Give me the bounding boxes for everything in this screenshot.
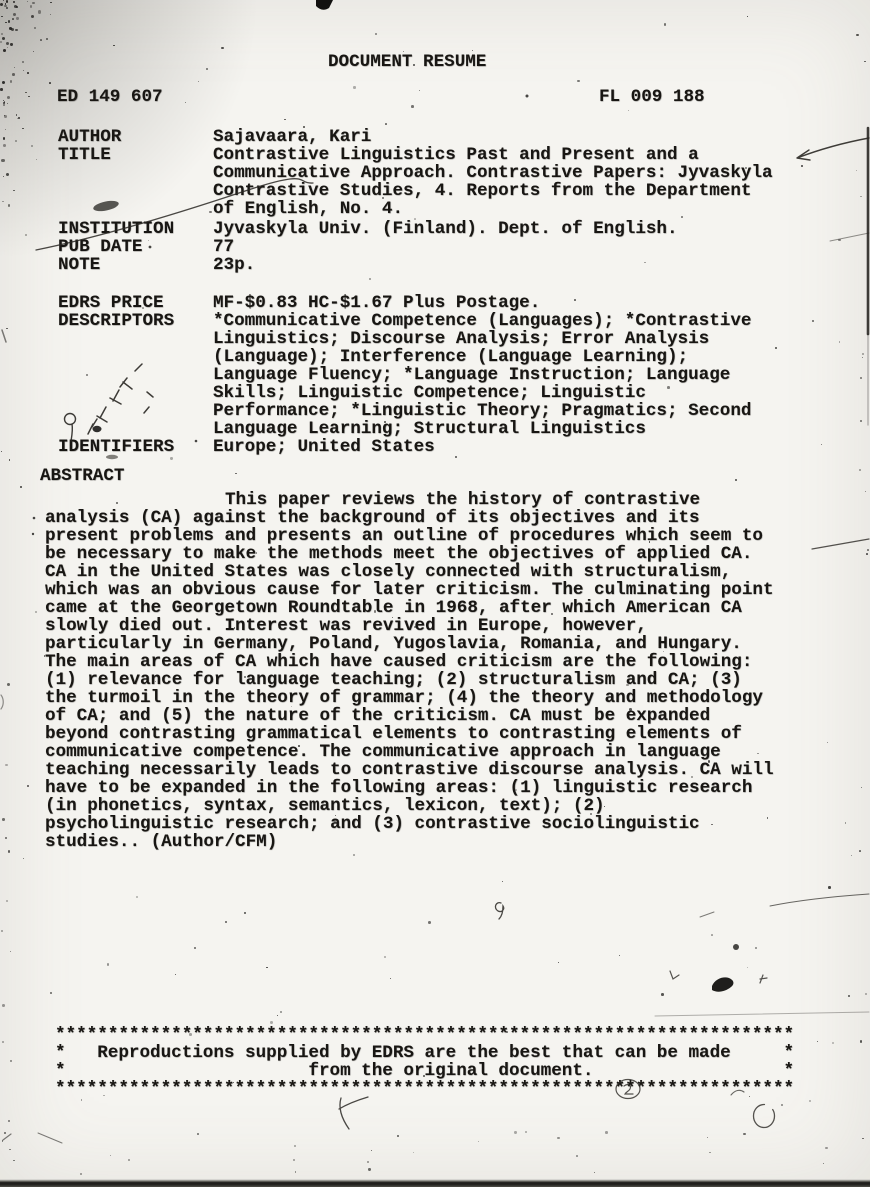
text-line: have to be expanded in the following are… — [45, 779, 774, 797]
text-line: came at the Georgetown Roundtable in 196… — [45, 599, 774, 617]
text-line: 23p. — [213, 256, 255, 274]
circle-pen-mark — [754, 1105, 775, 1128]
text-line: be necessary to make the methods meet th… — [45, 545, 774, 563]
text-line: slowly died out. Interest was revived in… — [45, 617, 774, 635]
edge-mark-left-1 — [2, 330, 6, 342]
text-line: * from the original document. * — [55, 1062, 794, 1080]
field-value: MF-$0.83 HC-$1.67 Plus Postage. — [213, 294, 540, 312]
text-line: Jyvaskyla Univ. (Finland). Dept. of Engl… — [213, 220, 678, 238]
text-line: teaching necessarily leads to contrastiv… — [45, 761, 774, 779]
scratch-line-faint — [655, 1012, 869, 1016]
text-line: communicative competence. The communicat… — [45, 743, 774, 761]
pen-scribble — [88, 364, 153, 434]
text-line: of English, No. 4. — [213, 200, 773, 218]
text-line: The main areas of CA which have caused c… — [45, 653, 774, 671]
scratch-dash — [700, 912, 714, 917]
text-line: Language Learning; Structural Linguistic… — [213, 420, 751, 438]
text-line: *Communicative Competence (Languages); *… — [213, 312, 751, 330]
text-line: particularly in Germany, Poland, Yugosla… — [45, 635, 774, 653]
ink-blot-small — [93, 426, 102, 432]
scan-edge-bottom — [0, 1179, 870, 1187]
text-line: * Reproductions supplied by EDRS are the… — [55, 1044, 794, 1062]
field-label: IDENTIFIERS — [58, 438, 174, 456]
reproduction-notice-box: ****************************************… — [55, 1026, 794, 1098]
field-value: Europe; United States — [213, 438, 435, 456]
check-pen-mark — [670, 971, 679, 979]
field-label: INSTITUTION — [58, 220, 174, 238]
field-label: AUTHOR — [58, 128, 121, 146]
field-label: DESCRIPTORS — [58, 312, 174, 330]
text-line: This paper reviews the history of contra… — [45, 491, 774, 509]
text-line: Performance; *Linguistic Theory; Pragmat… — [213, 402, 751, 420]
text-line: present problems and presents an outline… — [45, 527, 774, 545]
edge-blob-top — [316, 0, 333, 10]
text-line: of CA; and (5) the nature of the critici… — [45, 707, 774, 725]
text-line: (Language); Interference (Language Learn… — [213, 348, 751, 366]
text-line: Sajavaara, Kari — [213, 128, 371, 146]
text-line: which was an obvious cause for later cri… — [45, 581, 774, 599]
abstract-body: This paper reviews the history of contra… — [45, 491, 774, 851]
field-value: *Communicative Competence (Languages); *… — [213, 312, 751, 438]
ink-blot-large — [703, 977, 733, 995]
text-line: MF-$0.83 HC-$1.67 Plus Postage. — [213, 294, 540, 312]
edge-mark-left-3 — [3, 1134, 11, 1140]
text-line: beyond contrasting grammatical elements … — [45, 725, 774, 743]
margin-dash-faint — [830, 233, 869, 241]
clearinghouse-number: FL 009 188 — [599, 88, 705, 106]
scanned-document-page: DOCUMENT RESUME ED 149 607 FL 009 188 AU… — [0, 0, 870, 1187]
field-value: Contrastive Linguistics Past and Present… — [213, 146, 773, 218]
text-line: CA in the United States was closely conn… — [45, 563, 774, 581]
text-line: Europe; United States — [213, 438, 435, 456]
abstract-label: ABSTRACT — [40, 467, 124, 485]
field-label: EDRS PRICE — [58, 294, 164, 312]
text-line: Contrastive Linguistics Past and Present… — [213, 146, 773, 164]
text-line: ****************************************… — [55, 1026, 794, 1044]
text-line: Linguistics; Discourse Analysis; Error A… — [213, 330, 751, 348]
field-label: TITLE — [58, 146, 111, 164]
text-line: ****************************************… — [55, 1080, 794, 1098]
scratch-line — [770, 894, 869, 906]
text-line: (1) relevance for language teaching; (2)… — [45, 671, 774, 689]
k-pen-mark — [339, 1097, 368, 1129]
handwritten-nine — [495, 903, 503, 919]
page-title: DOCUMENT RESUME — [328, 53, 486, 71]
arrow-pen-mark — [797, 138, 869, 160]
corner-scratch — [38, 1133, 62, 1143]
edge-mark-left-2 — [1, 695, 3, 709]
text-line: Language Fluency; *Language Instruction;… — [213, 366, 751, 384]
text-line: psycholinguistic research; and (3) contr… — [45, 815, 774, 833]
text-line: the turmoil in the theory of grammar; (4… — [45, 689, 774, 707]
field-value: Sajavaara, Kari — [213, 128, 371, 146]
field-value: 77 — [213, 238, 234, 256]
text-line: analysis (CA) against the background of … — [45, 509, 774, 527]
ed-number: ED 149 607 — [57, 88, 163, 106]
field-label: NOTE — [58, 256, 100, 274]
text-line: Skills; Linguistic Competence; Linguisti… — [213, 384, 751, 402]
ink-smudge — [92, 199, 119, 213]
field-value: Jyvaskyla Univ. (Finland). Dept. of Engl… — [213, 220, 678, 238]
small-pen-mark — [760, 975, 767, 983]
text-line: (in phonetics, syntax, semantics, lexico… — [45, 797, 774, 815]
field-value: 23p. — [213, 256, 255, 274]
text-line: Communicative Approach. Contrastive Pape… — [213, 164, 773, 182]
text-line: studies.. (Author/CFM) — [45, 833, 774, 851]
text-line: 77 — [213, 238, 234, 256]
margin-dash — [812, 539, 869, 549]
text-line: Contrastive Studies, 4. Reports from the… — [213, 182, 773, 200]
field-label: PUB DATE — [58, 238, 142, 256]
